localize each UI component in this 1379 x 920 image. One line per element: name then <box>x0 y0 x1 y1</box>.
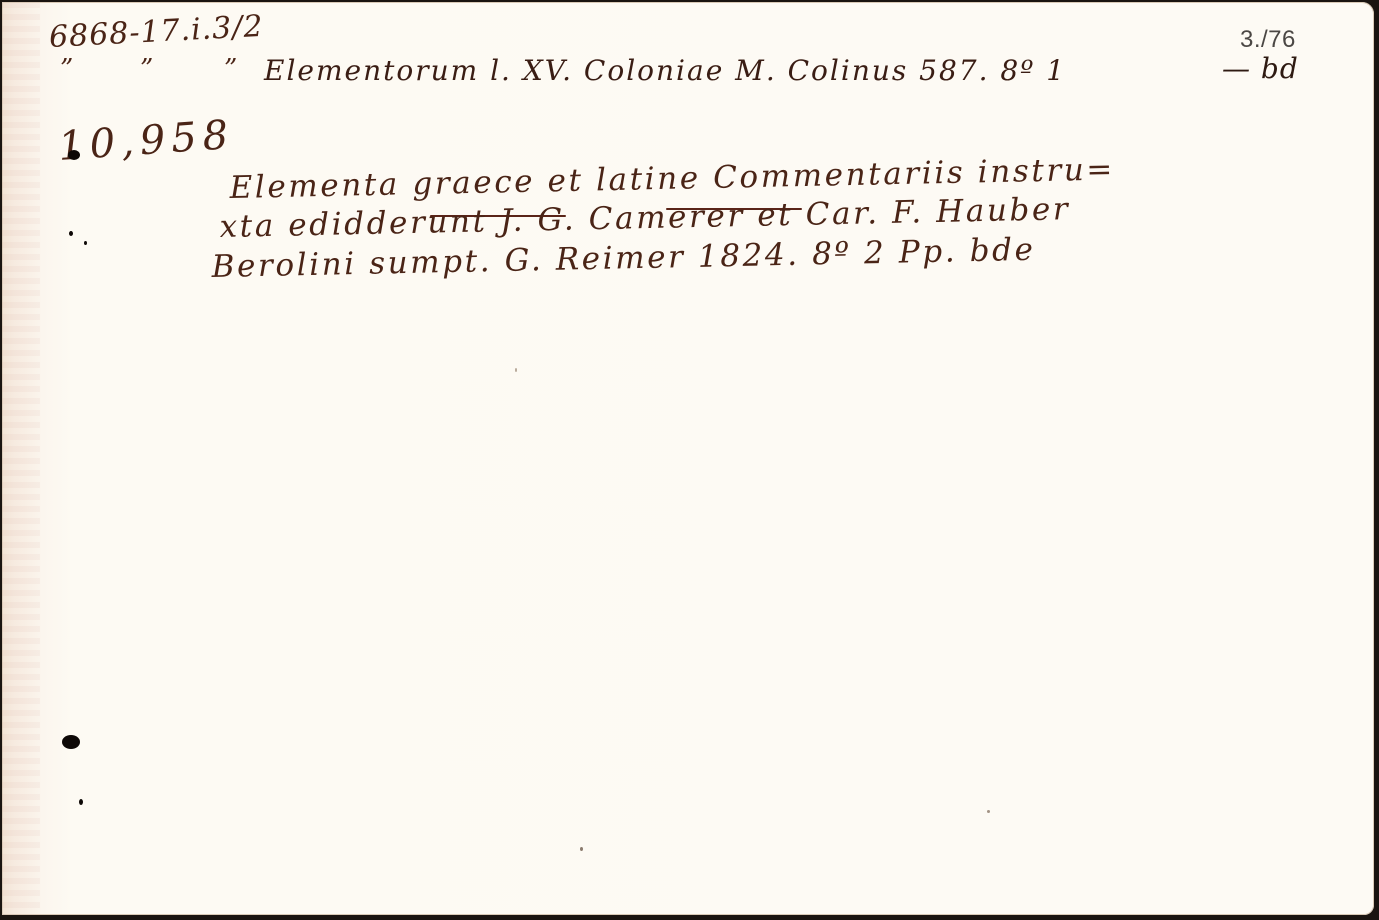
ink-dot-left-1 <box>69 231 73 236</box>
ink-dot-left-2 <box>84 241 87 245</box>
ink-dot-faint-3 <box>987 810 990 813</box>
ink-dot-small <box>79 799 83 805</box>
ditto-mark-3: ” <box>224 54 238 84</box>
catalog-card: 6868-17.i.3/2 ” ” ” Elementorum l. XV. C… <box>2 2 1374 915</box>
ink-blot <box>68 150 80 160</box>
shelf-mark: 3./76 <box>1240 26 1296 54</box>
ink-dot-faint-2 <box>580 847 583 851</box>
ink-dot-faint-1 <box>515 368 517 372</box>
header-entry-text: Elementorum l. XV. Coloniae M. Colinus 5… <box>264 54 1066 87</box>
binding-mark: — bd <box>1222 52 1299 85</box>
call-number: 6868-17.i.3/2 <box>48 9 264 55</box>
ditto-mark-2: ” <box>140 54 154 84</box>
ditto-mark-1: ” <box>60 54 74 84</box>
entry-number: 10,958 <box>57 112 236 170</box>
ink-dot-large <box>62 735 80 749</box>
